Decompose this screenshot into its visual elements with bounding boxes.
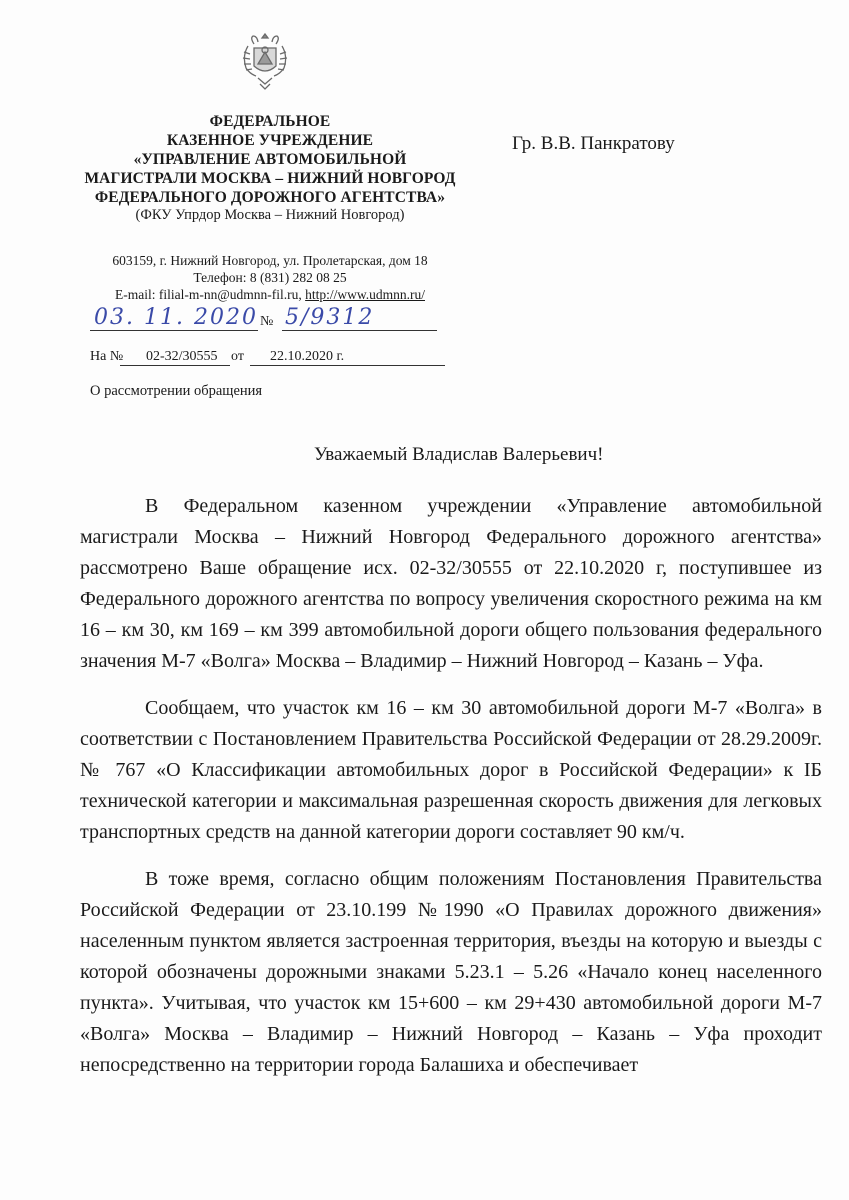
- email-address: E-mail: filial-m-nn@udmnn-fil.ru,: [115, 287, 305, 302]
- letter-subject: О рассмотрении обращения: [90, 383, 262, 400]
- reference-row: На № 02-32/30555 от 22.10.2020 г.: [90, 349, 450, 369]
- org-name-line: МАГИСТРАЛИ МОСКВА – НИЖНИЙ НОВГОРОД: [80, 169, 460, 188]
- phone-number: Телефон: 8 (831) 282 08 25: [80, 269, 460, 286]
- number-sign: №: [260, 314, 273, 330]
- website-link[interactable]: http://www.udmnn.ru/: [305, 287, 425, 302]
- underline: [120, 365, 230, 366]
- underline: [282, 330, 437, 331]
- coat-of-arms-icon: [236, 30, 294, 92]
- underline: [90, 330, 258, 331]
- registration-number: 5/9312: [285, 305, 374, 330]
- reference-date: 22.10.2020 г.: [270, 349, 344, 365]
- org-short-name: (ФКУ Упрдор Москва – Нижний Новгород): [80, 207, 460, 224]
- body-paragraph: В тоже время, согласно общим положениям …: [80, 864, 822, 1081]
- contact-block: 603159, г. Нижний Новгород, ул. Пролетар…: [80, 252, 460, 303]
- greeting: Уважаемый Владислав Валерьевич!: [314, 444, 603, 466]
- letter-page: ФЕДЕРАЛЬНОЕ КАЗЕННОЕ УЧРЕЖДЕНИЕ «УПРАВЛЕ…: [0, 0, 849, 1200]
- organization-block: ФЕДЕРАЛЬНОЕ КАЗЕННОЕ УЧРЕЖДЕНИЕ «УПРАВЛЕ…: [80, 112, 460, 224]
- org-name-line: КАЗЕННОЕ УЧРЕЖДЕНИЕ: [80, 131, 460, 150]
- email-line: E-mail: filial-m-nn@udmnn-fil.ru, http:/…: [80, 286, 460, 303]
- letter-body: В Федеральном казенном учреждении «Управ…: [80, 491, 822, 1097]
- underline: [250, 365, 445, 366]
- reference-from-label: от: [231, 349, 244, 365]
- org-name-line: ФЕДЕРАЛЬНОГО ДОРОЖНОГО АГЕНТСТВА»: [80, 188, 460, 207]
- reference-number: 02-32/30555: [146, 349, 218, 365]
- org-name-line: ФЕДЕРАЛЬНОЕ: [80, 112, 460, 131]
- registration-row: 03. 11. 2020 № 5/9312: [90, 305, 440, 335]
- postal-address: 603159, г. Нижний Новгород, ул. Пролетар…: [80, 252, 460, 269]
- addressee: Гр. В.В. Панкратову: [512, 133, 675, 155]
- reference-prefix: На №: [90, 349, 123, 365]
- registration-date: 03. 11. 2020: [94, 305, 258, 330]
- org-name-line: «УПРАВЛЕНИЕ АВТОМОБИЛЬНОЙ: [80, 150, 460, 169]
- body-paragraph: В Федеральном казенном учреждении «Управ…: [80, 491, 822, 677]
- body-paragraph: Сообщаем, что участок км 16 – км 30 авто…: [80, 693, 822, 848]
